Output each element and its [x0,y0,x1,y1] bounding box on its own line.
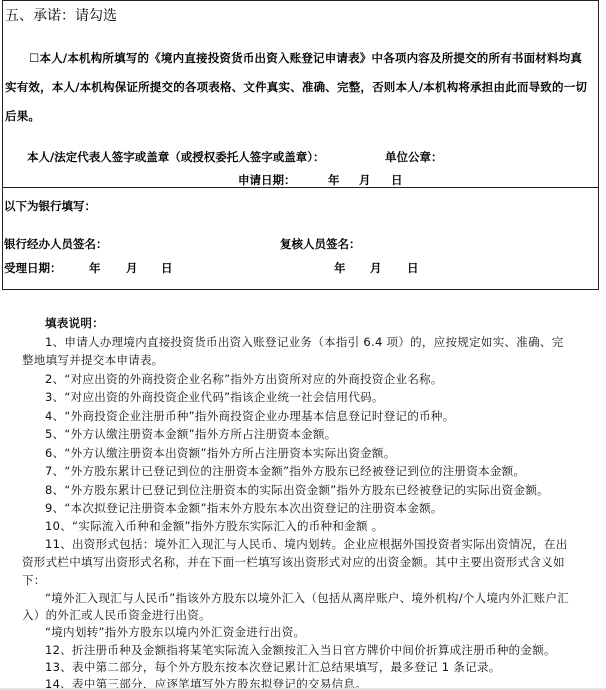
instruction-line: 9、“本次拟登记注册资本金额”指末外方股东本次出资登记的注册资本金额。 [45,500,443,516]
instruction-line: 10、“实际流入币种和金额”指外方股东实际汇入的币种和金额 。 [45,518,384,534]
apply-date-month: 月 [359,172,371,188]
instruction-line: 2、“对应出资的外商投资企业名称”指外方出资所对应的外商投资企业名称。 [45,371,443,387]
section-divider [3,187,598,188]
instruction-line: 13、表中第二部分，每个外方股东按本次登记累计汇总结果填写，最多登记 1 条记录… [45,659,501,675]
instruction-line: 4、“外商投资企业注册币种”指外商投资企业办理基本信息登记时登记的币种。 [45,408,455,424]
instruction-line: 12、折注册币种及金额指将某笔实际流入金额按汇入当日官方牌价中间价折算成注册币种… [45,642,556,658]
instruction-line: 资形式栏中填写出资形式名称，并在下面一栏填写该出资形式对应的出资金额。其中主要出… [22,554,565,570]
bank-section-heading: 以下为银行填写： [4,198,96,214]
instruction-line: 3、“对应出资的外商投资企业代码”指该企业统一社会信用代码。 [45,389,384,405]
commitment-line-3: 后果。 [5,102,597,131]
commitment-line-2: 实有效，本人/本机构保证所提交的各项表格、文件真实、准确、完整，否则本人/本机构… [5,73,597,102]
bank-handler-signature-label: 银行经办人员签名： [4,236,108,252]
instruction-line: 7、“外方股东累计已登记到位的注册资本金额”指外方股东已经被登记到位的注册资本金… [45,463,525,479]
accept-date-month: 月 [126,260,138,276]
commitment-form-table: 五、承诺：请勾选 ☐本人/本机构所填写的《境内直接投资货币出资入账登记申请表》中… [2,0,599,290]
instruction-line: 入）的外汇或人民币资金进行出资。 [22,607,211,623]
commitment-statement: ☐本人/本机构所填写的《境内直接投资货币出资入账登记申请表》中各项内容及所提交的… [5,44,597,131]
instruction-line: “境内划转”指外方股东以境内外汇资金进行出资。 [45,624,305,640]
instruction-line: 5、“外方认缴注册资本金额”指外方所占注册资本金额。 [45,426,337,442]
apply-date-year: 年 [328,172,340,188]
section-title: 五、承诺：请勾选 [5,5,117,25]
accept-date-day: 日 [161,260,173,276]
apply-date-day: 日 [391,172,403,188]
review-date-year: 年 [334,260,346,276]
commitment-checkbox[interactable]: ☐ [29,51,40,65]
review-date-month: 月 [370,260,382,276]
instruction-line: 下： [22,572,46,588]
instruction-line: 整地填写并提交本申请表。 [22,352,164,368]
reviewer-signature-label: 复核人员签名： [280,236,361,252]
instruction-line: 1、申请人办理境内直接投资货币出资入账登记业务（本指引 6.4 项）的，应按规定… [45,334,564,350]
instruction-line: 6、“外方认缴注册资本出资额”指外方所占注册资本实际出资金额。 [45,445,396,461]
instruction-line: 11、出资形式包括：境外汇入现汇与人民币、境内划转。企业应根据外国投资者实际出资… [45,536,568,552]
instruction-line: “境外汇入现汇与人民币”指该外方股东以境外汇入（包括从离岸账户、境外机构/个人境… [45,590,569,606]
apply-date-label: 申请日期： [238,172,296,188]
accept-date-label: 受理日期： [4,260,62,276]
review-date-day: 日 [407,260,419,276]
instruction-line: 8、“外方股东累计已登记到位注册资本的实际出资金额”指外方股东已经被登记的实际出… [45,482,549,498]
applicant-signature-label: 本人/法定代表人签字或盖章（或授权委托人签字或盖章）： [27,149,324,165]
accept-date-year: 年 [89,260,101,276]
company-seal-label: 单位公章： [385,149,443,165]
commitment-line-1: 本人/本机构所填写的《境内直接投资货币出资入账登记申请表》中各项内容及所提交的所… [40,51,583,65]
instructions-heading: 填表说明： [45,315,104,331]
